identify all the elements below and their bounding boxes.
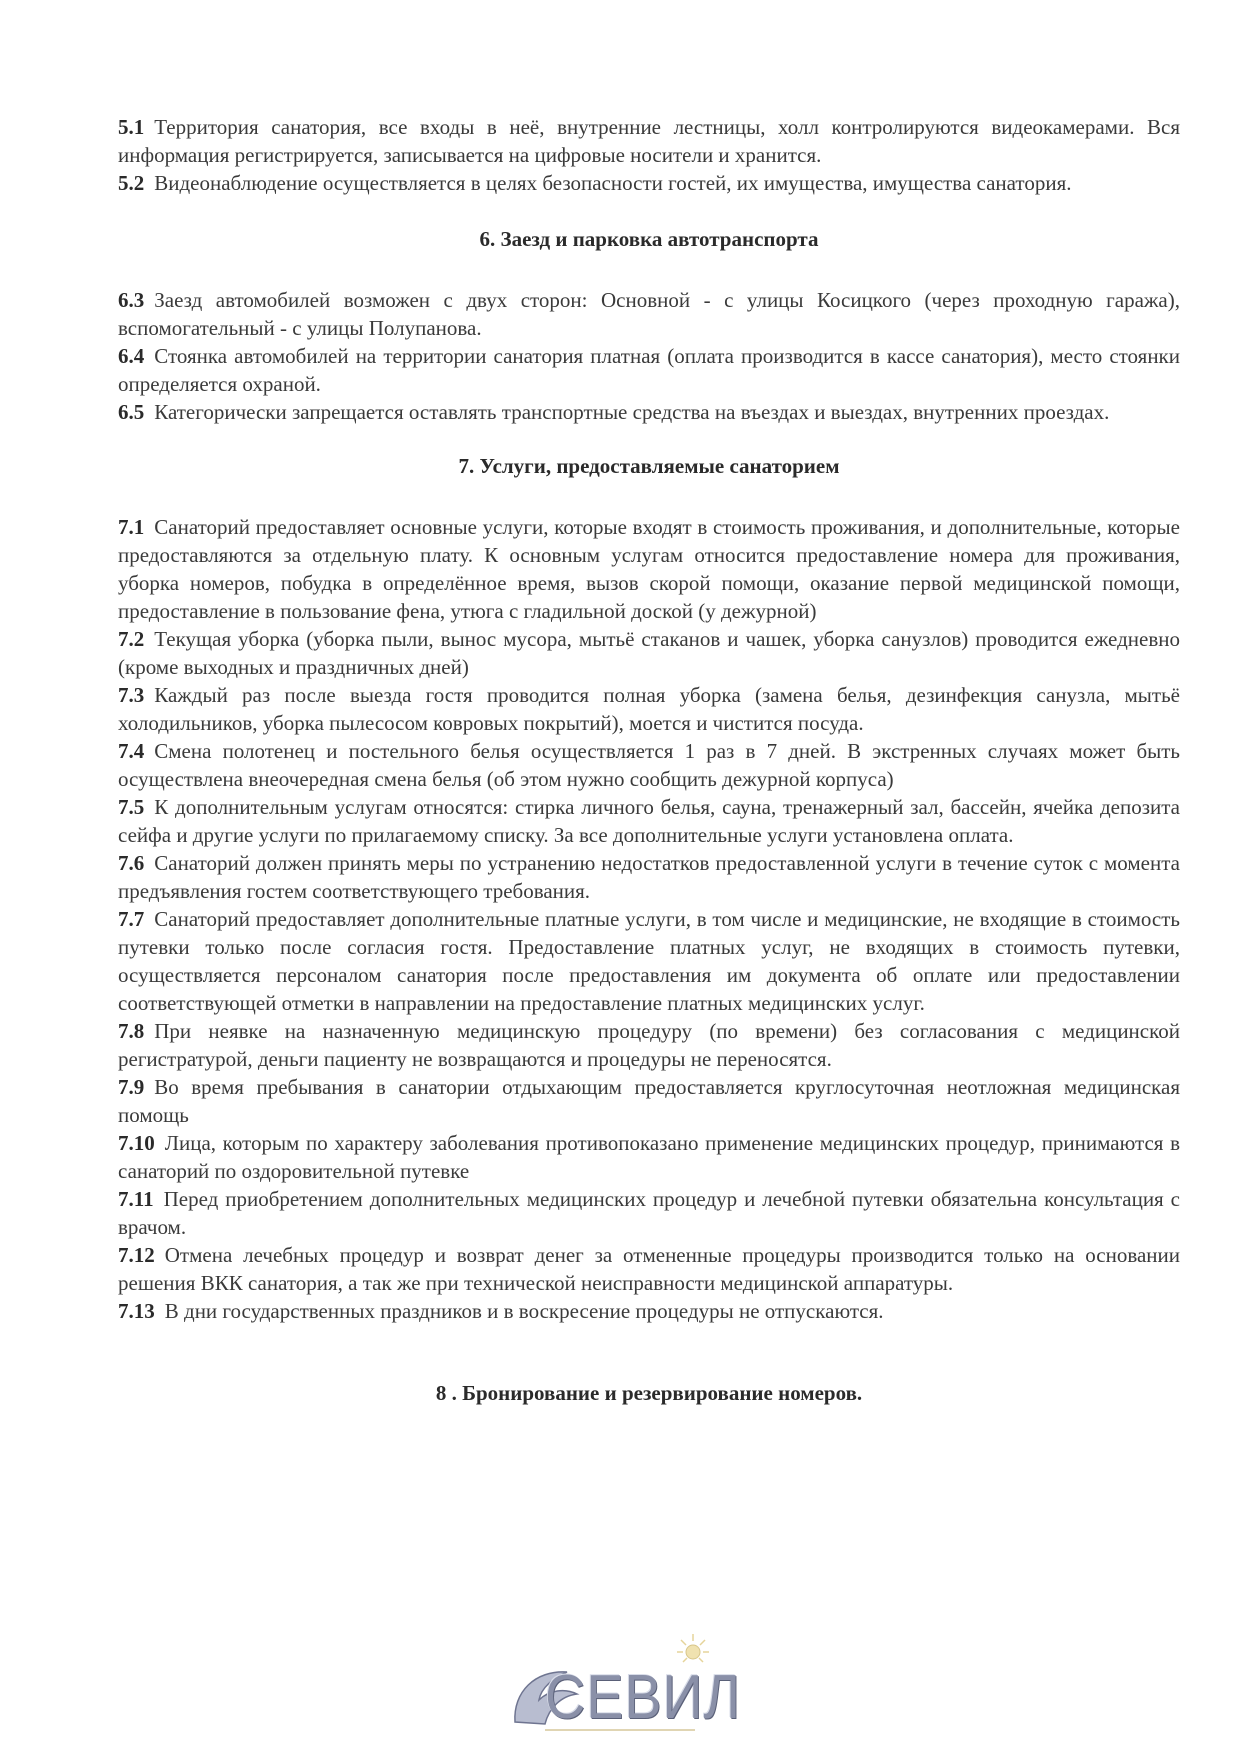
paragraph-5-2: 5.2Видеонаблюдение осуществляется в целя… [118,169,1180,197]
section-7-title: 7. Услуги, предоставляемые санаторием [118,454,1180,479]
paragraph-7-7: 7.7Санаторий предоставляет дополнительны… [118,905,1180,1017]
paragraph-6-5: 6.5Категорически запрещается оставлять т… [118,398,1180,426]
paragraph-7-2: 7.2Текущая уборка (уборка пыли, вынос му… [118,625,1180,681]
logo-text: СЕВИЛ [545,1662,741,1733]
section-8-title: 8 . Бронирование и резервирование номеро… [118,1381,1180,1406]
paragraph-7-9: 7.9Во время пребывания в санатории отдых… [118,1073,1180,1129]
document-page: 5.1Территория санатория, все входы в неё… [118,113,1180,1406]
section-6: 6.3Заезд автомобилей возможен с двух сто… [118,286,1180,426]
paragraph-7-1: 7.1Санаторий предоставляет основные услу… [118,513,1180,625]
paragraph-7-12: 7.12Отмена лечебных процедур и возврат д… [118,1241,1180,1297]
paragraph-7-10: 7.10Лица, которым по характеру заболеван… [118,1129,1180,1185]
paragraph-5-1: 5.1Территория санатория, все входы в неё… [118,113,1180,169]
paragraph-7-3: 7.3Каждый раз после выезда гостя проводи… [118,681,1180,737]
paragraph-7-11: 7.11Перед приобретением дополнительных м… [118,1185,1180,1241]
sevil-logo: СЕВИЛ [505,1632,735,1742]
paragraph-7-8: 7.8При неявке на назначенную медицинскую… [118,1017,1180,1073]
paragraph-6-3: 6.3Заезд автомобилей возможен с двух сто… [118,286,1180,342]
paragraph-7-13: 7.13В дни государственных праздников и в… [118,1297,1180,1325]
paragraph-7-5: 7.5К дополнительным услугам относятся: с… [118,793,1180,849]
paragraph-7-6: 7.6Санаторий должен принять меры по устр… [118,849,1180,905]
section-7: 7.1Санаторий предоставляет основные услу… [118,513,1180,1325]
section-5: 5.1Территория санатория, все входы в неё… [118,113,1180,197]
paragraph-6-4: 6.4Стоянка автомобилей на территории сан… [118,342,1180,398]
section-6-title: 6. Заезд и парковка автотранспорта [118,227,1180,252]
paragraph-7-4: 7.4Смена полотенец и постельного белья о… [118,737,1180,793]
